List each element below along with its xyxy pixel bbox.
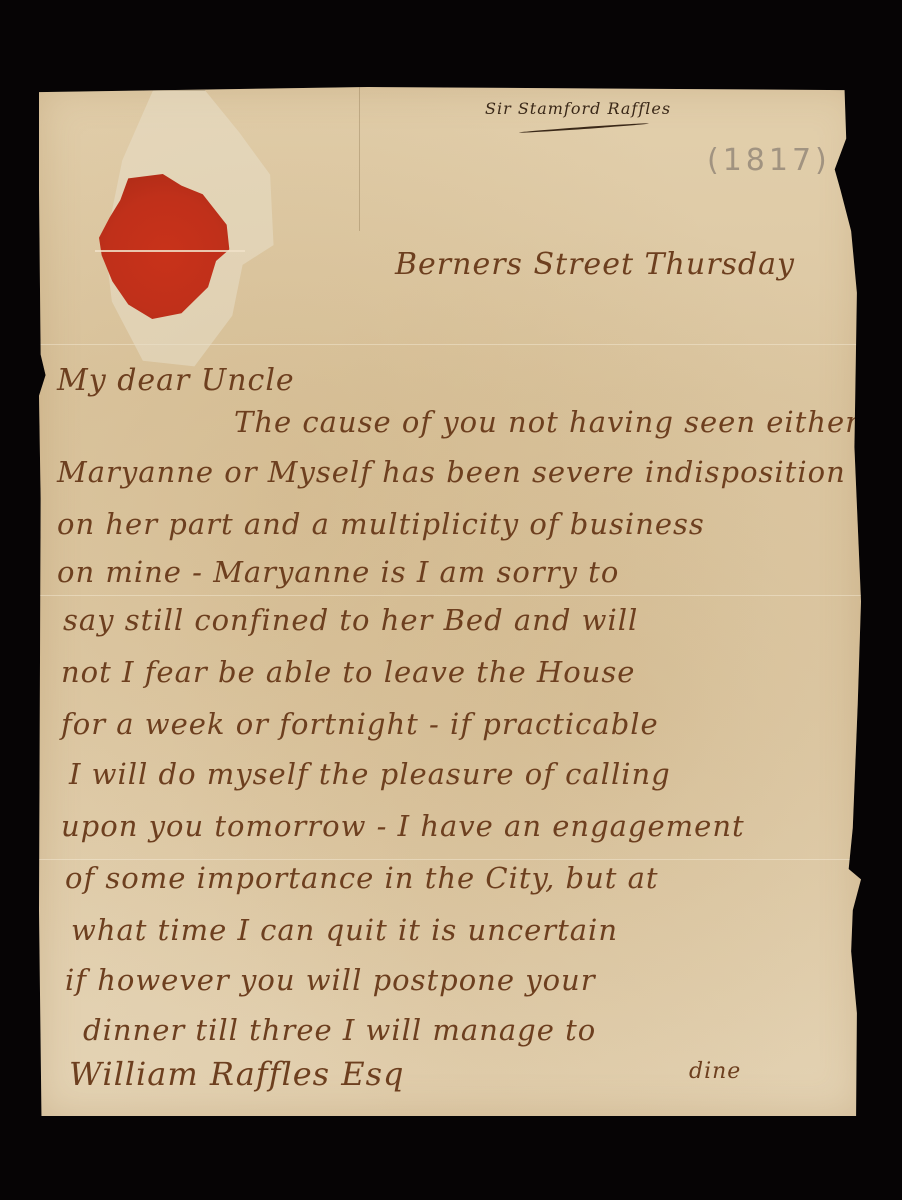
- body-line: dinner till three I will manage to: [83, 1013, 596, 1047]
- body-line: The cause of you not having seen either: [234, 405, 860, 439]
- body-line: what time I can quit it is uncertain: [71, 913, 618, 947]
- letter-paper: Sir Stamford Raffles (1817) Berners Stre…: [39, 87, 861, 1116]
- seal-crack: [95, 250, 245, 252]
- body-line: if however you will postpone your: [65, 963, 596, 997]
- body-line: not I fear be able to leave the House: [61, 655, 635, 689]
- document-scan: Sir Stamford Raffles (1817) Berners Stre…: [0, 0, 902, 1200]
- body-line: I will do myself the pleasure of calling: [69, 757, 671, 791]
- body-line: say still confined to her Bed and will: [63, 603, 638, 637]
- closing-fragment: dine: [689, 1059, 741, 1084]
- fold-line: [39, 859, 861, 860]
- fold-line: [39, 595, 861, 596]
- body-line: on mine - Maryanne is I am sorry to: [57, 555, 619, 589]
- archival-annotation: Sir Stamford Raffles: [485, 99, 671, 118]
- body-line: on her part and a multiplicity of busine…: [57, 507, 705, 541]
- salutation: My dear Uncle: [57, 363, 295, 398]
- body-line: for a week or fortnight - if practicable: [61, 707, 659, 741]
- body-line: Maryanne or Myself has been severe indis…: [57, 455, 846, 489]
- fold-line-vertical: [359, 87, 360, 231]
- body-line: upon you tomorrow - I have an engagement: [61, 809, 745, 843]
- address-line: Berners Street Thursday: [395, 247, 795, 282]
- addressee: William Raffles Esq: [69, 1055, 404, 1093]
- body-line: of some importance in the City, but at: [65, 861, 659, 895]
- annotation-underline: [519, 122, 649, 133]
- pencil-date: (1817): [707, 143, 831, 178]
